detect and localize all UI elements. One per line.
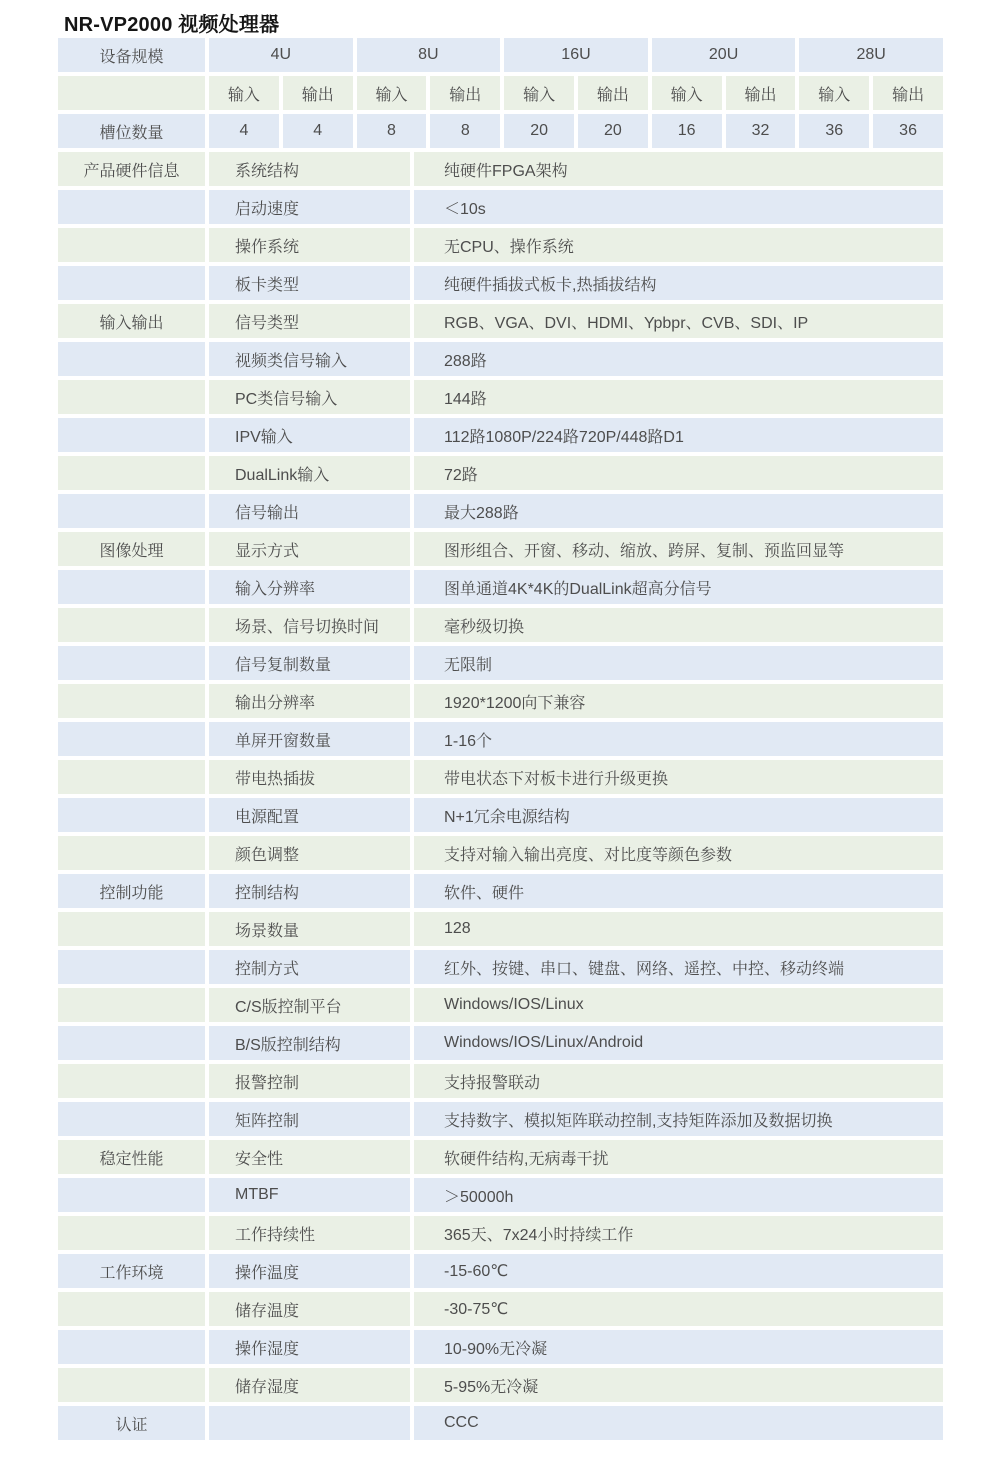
group-cell <box>58 418 205 452</box>
spec-row: B/S版控制结构Windows/IOS/Linux/Android <box>58 1026 943 1060</box>
spec-row: 报警控制支持报警联动 <box>58 1064 943 1098</box>
value-cell: 纯硬件FPGA架构 <box>414 152 943 186</box>
group-cell <box>58 190 205 224</box>
spec-row: 板卡类型纯硬件插拔式板卡,热插拔结构 <box>58 266 943 300</box>
value-cell: 144路 <box>414 380 943 414</box>
io-label-cell: 输入 <box>652 76 722 110</box>
value-cell: 图单通道4K*4K的DualLink超高分信号 <box>414 570 943 604</box>
spec-row: 控制方式红外、按键、串口、键盘、网络、遥控、中控、移动终端 <box>58 950 943 984</box>
group-cell <box>58 988 205 1022</box>
param-cell: 控制方式 <box>209 950 410 984</box>
spec-row: MTBF＞50000h <box>58 1178 943 1212</box>
spec-row: 操作系统无CPU、操作系统 <box>58 228 943 262</box>
io-label-cell: 输入 <box>799 76 869 110</box>
spec-row: 启动速度＜10s <box>58 190 943 224</box>
value-cell: ＜10s <box>414 190 943 224</box>
size-cell: 8U <box>357 38 501 72</box>
value-cell: 无限制 <box>414 646 943 680</box>
group-cell <box>58 1330 205 1364</box>
group-cell <box>58 380 205 414</box>
group-cell <box>58 684 205 718</box>
io-label-cell: 输入 <box>504 76 574 110</box>
io-label-cell: 输出 <box>726 76 796 110</box>
param-cell: 场景数量 <box>209 912 410 946</box>
param-cell: PC类信号输入 <box>209 380 410 414</box>
value-cell: 图形组合、开窗、移动、缩放、跨屏、复制、预监回显等 <box>414 532 943 566</box>
io-label-cell: 输出 <box>578 76 648 110</box>
param-cell: 电源配置 <box>209 798 410 832</box>
spec-row: 信号输出最大288路 <box>58 494 943 528</box>
param-cell: 颜色调整 <box>209 836 410 870</box>
group-cell <box>58 646 205 680</box>
param-cell: 储存湿度 <box>209 1368 410 1402</box>
param-cell: 信号类型 <box>209 304 410 338</box>
spec-row: 信号复制数量无限制 <box>58 646 943 680</box>
group-cell: 产品硬件信息 <box>58 152 205 186</box>
param-cell: IPV输入 <box>209 418 410 452</box>
slot-count-cell: 36 <box>799 114 869 148</box>
io-label-cell: 输入 <box>209 76 279 110</box>
spec-row: 稳定性能安全性软硬件结构,无病毒干扰 <box>58 1140 943 1174</box>
param-cell <box>209 1406 410 1440</box>
param-cell: 启动速度 <box>209 190 410 224</box>
group-cell <box>58 1216 205 1250</box>
param-cell: MTBF <box>209 1178 410 1212</box>
slot-count-cell: 20 <box>504 114 574 148</box>
param-cell: 输出分辨率 <box>209 684 410 718</box>
spec-row: 控制功能控制结构软件、硬件 <box>58 874 943 908</box>
value-cell: 软件、硬件 <box>414 874 943 908</box>
spec-row: 储存湿度5-95%无冷凝 <box>58 1368 943 1402</box>
value-cell: CCC <box>414 1406 943 1440</box>
spec-row: 场景、信号切换时间毫秒级切换 <box>58 608 943 642</box>
group-cell: 输入输出 <box>58 304 205 338</box>
spec-row: PC类信号输入144路 <box>58 380 943 414</box>
param-cell: 信号复制数量 <box>209 646 410 680</box>
group-cell <box>58 1064 205 1098</box>
group-cell <box>58 760 205 794</box>
slots-label-cell: 槽位数量 <box>58 114 205 148</box>
group-cell: 控制功能 <box>58 874 205 908</box>
group-cell <box>58 570 205 604</box>
group-cell <box>58 608 205 642</box>
param-cell: 工作持续性 <box>209 1216 410 1250</box>
value-cell: Windows/IOS/Linux <box>414 988 943 1022</box>
value-cell: 最大288路 <box>414 494 943 528</box>
value-cell: 10-90%无冷凝 <box>414 1330 943 1364</box>
param-cell: 显示方式 <box>209 532 410 566</box>
io-empty-cell <box>58 76 205 110</box>
header-row-slots: 槽位数量 4 4 8 8 20 20 16 32 36 36 <box>58 114 943 148</box>
header-row-scale: 设备规模 4U 8U 16U 20U 28U <box>58 38 943 72</box>
slot-count-cell: 8 <box>357 114 427 148</box>
group-cell <box>58 342 205 376</box>
param-cell: 矩阵控制 <box>209 1102 410 1136</box>
value-cell: 软硬件结构,无病毒干扰 <box>414 1140 943 1174</box>
spec-row: 颜色调整支持对输入输出亮度、对比度等颜色参数 <box>58 836 943 870</box>
value-cell: Windows/IOS/Linux/Android <box>414 1026 943 1060</box>
spec-row: 工作环境操作温度-15-60℃ <box>58 1254 943 1288</box>
value-cell: 288路 <box>414 342 943 376</box>
param-cell: 操作温度 <box>209 1254 410 1288</box>
spec-row: 单屏开窗数量1-16个 <box>58 722 943 756</box>
header-row-io: 输入 输出 输入 输出 输入 输出 输入 输出 输入 输出 <box>58 76 943 110</box>
value-cell: RGB、VGA、DVI、HDMI、Ypbpr、CVB、SDI、IP <box>414 304 943 338</box>
value-cell: ＞50000h <box>414 1178 943 1212</box>
value-cell: 支持数字、模拟矩阵联动控制,支持矩阵添加及数据切换 <box>414 1102 943 1136</box>
slot-count-cell: 32 <box>726 114 796 148</box>
size-cell: 4U <box>209 38 353 72</box>
group-cell <box>58 836 205 870</box>
param-cell: 信号输出 <box>209 494 410 528</box>
group-cell <box>58 912 205 946</box>
value-cell: 112路1080P/224路720P/448路D1 <box>414 418 943 452</box>
spec-row: 输出分辨率1920*1200向下兼容 <box>58 684 943 718</box>
value-cell: 72路 <box>414 456 943 490</box>
io-label-cell: 输出 <box>430 76 500 110</box>
group-cell: 图像处理 <box>58 532 205 566</box>
spec-row: 储存温度-30-75℃ <box>58 1292 943 1326</box>
spec-table: 设备规模 4U 8U 16U 20U 28U 输入 输出 输入 输出 输入 输出… <box>58 38 943 1440</box>
group-cell <box>58 1292 205 1326</box>
param-cell: 系统结构 <box>209 152 410 186</box>
param-cell: 安全性 <box>209 1140 410 1174</box>
group-cell <box>58 266 205 300</box>
page-title: NR-VP2000 视频处理器 <box>64 8 279 37</box>
value-cell: 带电状态下对板卡进行升级更换 <box>414 760 943 794</box>
spec-row: DualLink输入72路 <box>58 456 943 490</box>
param-cell: 报警控制 <box>209 1064 410 1098</box>
param-cell: 板卡类型 <box>209 266 410 300</box>
param-cell: DualLink输入 <box>209 456 410 490</box>
spec-row: 带电热插拔带电状态下对板卡进行升级更换 <box>58 760 943 794</box>
spec-row: C/S版控制平台Windows/IOS/Linux <box>58 988 943 1022</box>
spec-row: 认证CCC <box>58 1406 943 1440</box>
value-cell: 5-95%无冷凝 <box>414 1368 943 1402</box>
group-cell: 工作环境 <box>58 1254 205 1288</box>
io-label-cell: 输入 <box>357 76 427 110</box>
param-cell: 控制结构 <box>209 874 410 908</box>
group-cell <box>58 1026 205 1060</box>
group-cell <box>58 798 205 832</box>
value-cell: 纯硬件插拔式板卡,热插拔结构 <box>414 266 943 300</box>
param-cell: 操作湿度 <box>209 1330 410 1364</box>
spec-row: 输入输出信号类型RGB、VGA、DVI、HDMI、Ypbpr、CVB、SDI、I… <box>58 304 943 338</box>
spec-row: 产品硬件信息系统结构纯硬件FPGA架构 <box>58 152 943 186</box>
group-cell <box>58 722 205 756</box>
group-cell <box>58 1102 205 1136</box>
param-cell: 输入分辨率 <box>209 570 410 604</box>
spec-row: 视频类信号输入288路 <box>58 342 943 376</box>
param-cell: 储存温度 <box>209 1292 410 1326</box>
spec-row: 场景数量128 <box>58 912 943 946</box>
value-cell: -15-60℃ <box>414 1254 943 1288</box>
spec-row: 输入分辨率图单通道4K*4K的DualLink超高分信号 <box>58 570 943 604</box>
value-cell: 1920*1200向下兼容 <box>414 684 943 718</box>
io-label-cell: 输出 <box>283 76 353 110</box>
param-cell: B/S版控制结构 <box>209 1026 410 1060</box>
value-cell: N+1冗余电源结构 <box>414 798 943 832</box>
param-cell: 单屏开窗数量 <box>209 722 410 756</box>
spec-row: 操作湿度10-90%无冷凝 <box>58 1330 943 1364</box>
value-cell: 红外、按键、串口、键盘、网络、遥控、中控、移动终端 <box>414 950 943 984</box>
param-cell: 操作系统 <box>209 228 410 262</box>
param-cell: 场景、信号切换时间 <box>209 608 410 642</box>
value-cell: 支持报警联动 <box>414 1064 943 1098</box>
io-label-cell: 输出 <box>873 76 943 110</box>
group-cell: 稳定性能 <box>58 1140 205 1174</box>
slot-count-cell: 20 <box>578 114 648 148</box>
size-cell: 28U <box>799 38 943 72</box>
slot-count-cell: 16 <box>652 114 722 148</box>
slot-count-cell: 4 <box>283 114 353 148</box>
spec-row: 工作持续性365天、7x24小时持续工作 <box>58 1216 943 1250</box>
size-cell: 16U <box>504 38 648 72</box>
group-cell <box>58 456 205 490</box>
spec-row: 电源配置N+1冗余电源结构 <box>58 798 943 832</box>
spec-row: 矩阵控制支持数字、模拟矩阵联动控制,支持矩阵添加及数据切换 <box>58 1102 943 1136</box>
value-cell: 128 <box>414 912 943 946</box>
value-cell: 毫秒级切换 <box>414 608 943 642</box>
value-cell: 365天、7x24小时持续工作 <box>414 1216 943 1250</box>
spec-row: IPV输入112路1080P/224路720P/448路D1 <box>58 418 943 452</box>
param-cell: C/S版控制平台 <box>209 988 410 1022</box>
spec-row: 图像处理显示方式图形组合、开窗、移动、缩放、跨屏、复制、预监回显等 <box>58 532 943 566</box>
scale-label-cell: 设备规模 <box>58 38 205 72</box>
group-cell <box>58 494 205 528</box>
value-cell: 1-16个 <box>414 722 943 756</box>
slot-count-cell: 4 <box>209 114 279 148</box>
slot-count-cell: 36 <box>873 114 943 148</box>
param-cell: 视频类信号输入 <box>209 342 410 376</box>
value-cell: -30-75℃ <box>414 1292 943 1326</box>
group-cell <box>58 1178 205 1212</box>
param-cell: 带电热插拔 <box>209 760 410 794</box>
size-cell: 20U <box>652 38 796 72</box>
value-cell: 无CPU、操作系统 <box>414 228 943 262</box>
group-cell <box>58 950 205 984</box>
value-cell: 支持对输入输出亮度、对比度等颜色参数 <box>414 836 943 870</box>
group-cell: 认证 <box>58 1406 205 1440</box>
slot-count-cell: 8 <box>430 114 500 148</box>
page: NR-VP2000 视频处理器 设备规模 4U 8U 16U 20U 28U 输… <box>0 0 1000 1472</box>
group-cell <box>58 228 205 262</box>
group-cell <box>58 1368 205 1402</box>
